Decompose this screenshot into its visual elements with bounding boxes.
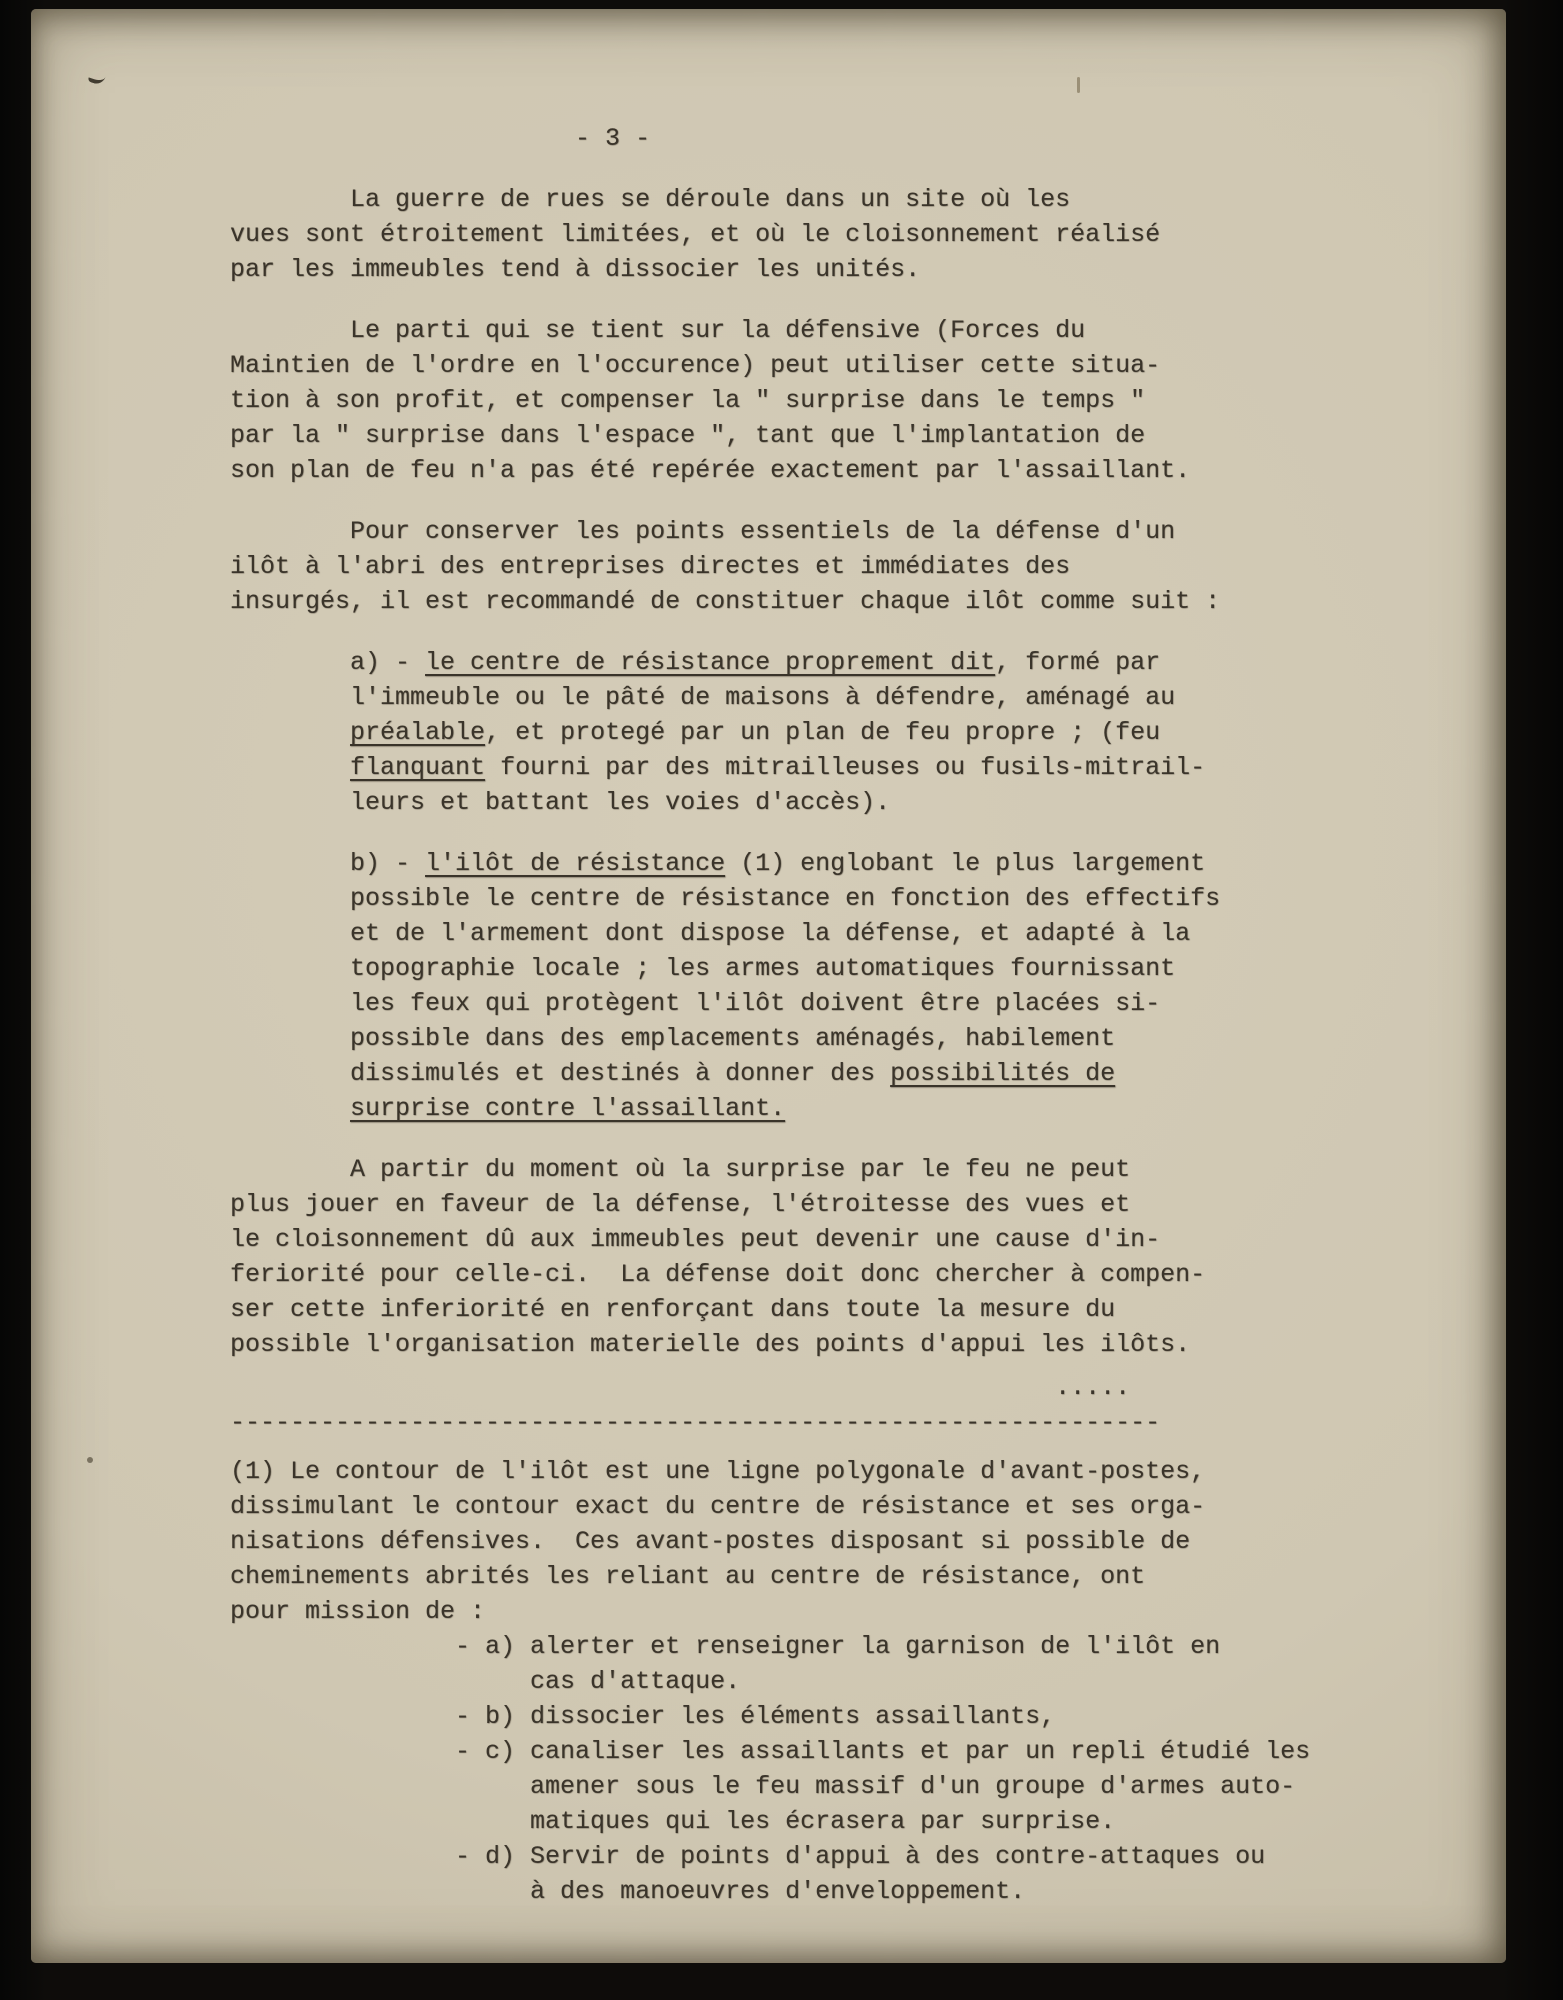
text-line: (1) Le contour de l'ilôt est une ligne p… — [230, 1454, 1506, 1489]
text-segment: à des manoeuvres d'enveloppement. — [230, 1877, 1025, 1906]
text-line: amener sous le feu massif d'un groupe d'… — [230, 1769, 1506, 1804]
text-line: par la " surprise dans l'espace ", tant … — [230, 418, 1506, 453]
text-segment: fourni par des mitrailleuses ou fusils-m… — [485, 753, 1205, 782]
paragraph-3: Pour conserver les points essentiels de … — [230, 514, 1506, 619]
text-segment: (1) englobant le plus largement — [725, 849, 1205, 878]
text-line: ----------------------------------------… — [230, 1405, 1506, 1440]
text-segment: - 3 - — [230, 124, 650, 153]
text-segment: possible dans des emplacements aménagés,… — [230, 1024, 1115, 1053]
scan-background: - 3 - La guerre de rues se déroule dans … — [0, 0, 1563, 2000]
text-segment: son plan de feu n'a pas été repérée exac… — [230, 456, 1190, 485]
underlined-text: possibilités de — [890, 1059, 1115, 1088]
separator-line: ----------------------------------------… — [230, 1405, 1506, 1440]
text-segment: - a) alerter et renseigner la garnison d… — [230, 1632, 1220, 1661]
text-segment: ilôt à l'abri des entreprises directes e… — [230, 552, 1070, 581]
paragraph-4: A partir du moment où la surprise par le… — [230, 1152, 1506, 1362]
text-line: A partir du moment où la surprise par le… — [230, 1152, 1506, 1187]
scanned-page: - 3 - La guerre de rues se déroule dans … — [31, 9, 1506, 1963]
text-segment: les feux qui protègent l'ilôt doivent êt… — [230, 989, 1160, 1018]
text-line: Le parti qui se tient sur la défensive (… — [230, 313, 1506, 348]
text-segment: dissimulés et destinés à donner des — [230, 1059, 890, 1088]
text-segment: vues sont étroitement limitées, et où le… — [230, 220, 1160, 249]
footnote-intro: (1) Le contour de l'ilôt est une ligne p… — [230, 1454, 1506, 1909]
text-segment: cas d'attaque. — [230, 1667, 740, 1696]
text-line: nisations défensives. Ces avant-postes d… — [230, 1524, 1506, 1559]
text-segment: cheminements abrités les reliant au cent… — [230, 1562, 1145, 1591]
text-segment: amener sous le feu massif d'un groupe d'… — [230, 1772, 1295, 1801]
text-line: cheminements abrités les reliant au cent… — [230, 1559, 1506, 1594]
document-body: - 3 - La guerre de rues se déroule dans … — [230, 9, 1506, 1909]
text-segment: Le parti qui se tient sur la défensive (… — [230, 316, 1085, 345]
text-line: dissimulés et destinés à donner des poss… — [230, 1056, 1506, 1091]
text-line: insurgés, il est recommandé de constitue… — [230, 584, 1506, 619]
text-line: leurs et battant les voies d'accès). — [230, 785, 1506, 820]
text-line: b) - l'ilôt de résistance (1) englobant … — [230, 846, 1506, 881]
text-segment: pour mission de : — [230, 1597, 485, 1626]
text-segment: et de l'armement dont dispose la défense… — [230, 919, 1190, 948]
text-segment: Maintien de l'ordre en l'occurence) peut… — [230, 351, 1160, 380]
text-segment: l'immeuble ou le pâté de maisons à défen… — [230, 683, 1175, 712]
text-line: tion à son profit, et compenser la " sur… — [230, 383, 1506, 418]
text-segment: - d) Servir de points d'appui à des cont… — [230, 1842, 1265, 1871]
text-line: vues sont étroitement limitées, et où le… — [230, 217, 1506, 252]
text-segment: possible l'organisation materielle des p… — [230, 1330, 1190, 1359]
text-segment: (1) Le contour de l'ilôt est une ligne p… — [230, 1457, 1205, 1486]
text-segment: insurgés, il est recommandé de constitue… — [230, 587, 1220, 616]
text-line: le cloisonnement dû aux immeubles peut d… — [230, 1222, 1506, 1257]
text-segment: nisations défensives. Ces avant-postes d… — [230, 1527, 1190, 1556]
text-line: pour mission de : — [230, 1594, 1506, 1629]
underlined-text: l'ilôt de résistance — [425, 849, 725, 878]
text-line: par les immeubles tend à dissocier les u… — [230, 252, 1506, 287]
text-segment: leurs et battant les voies d'accès). — [230, 788, 890, 817]
text-line: feriorité pour celle-ci. La défense doit… — [230, 1257, 1506, 1292]
text-line: - c) canaliser les assaillants et par un… — [230, 1734, 1506, 1769]
text-segment: , et protegé par un plan de feu propre ;… — [485, 718, 1160, 747]
text-line: cas d'attaque. — [230, 1664, 1506, 1699]
item-a: a) - le centre de résistance proprement … — [230, 645, 1506, 820]
text-line: ..... — [230, 1370, 1506, 1405]
text-line: possible dans des emplacements aménagés,… — [230, 1021, 1506, 1056]
text-line: et de l'armement dont dispose la défense… — [230, 916, 1506, 951]
underlined-text: préalable — [350, 718, 485, 747]
text-segment: par la " surprise dans l'espace ", tant … — [230, 421, 1145, 450]
text-line: ser cette inferiorité en renforçant dans… — [230, 1292, 1506, 1327]
text-segment — [230, 718, 350, 747]
text-line: La guerre de rues se déroule dans un sit… — [230, 182, 1506, 217]
text-line: - b) dissocier les éléments assaillants, — [230, 1699, 1506, 1734]
item-b: b) - l'ilôt de résistance (1) englobant … — [230, 846, 1506, 1126]
text-line: topographie locale ; les armes automatiq… — [230, 951, 1506, 986]
text-segment: tion à son profit, et compenser la " sur… — [230, 386, 1145, 415]
text-segment: A partir du moment où la surprise par le… — [230, 1155, 1130, 1184]
text-segment: ..... — [230, 1373, 1130, 1402]
text-segment: ser cette inferiorité en renforçant dans… — [230, 1295, 1115, 1324]
underlined-text: le centre de résistance proprement dit — [425, 648, 995, 677]
text-line: à des manoeuvres d'enveloppement. — [230, 1874, 1506, 1909]
text-segment: Pour conserver les points essentiels de … — [230, 517, 1175, 546]
text-line: surprise contre l'assaillant. — [230, 1091, 1506, 1126]
page-number: - 3 - — [230, 121, 1506, 156]
text-line: les feux qui protègent l'ilôt doivent êt… — [230, 986, 1506, 1021]
text-line: a) - le centre de résistance proprement … — [230, 645, 1506, 680]
paragraph-1: La guerre de rues se déroule dans un sit… — [230, 182, 1506, 287]
pen-smudge-mark — [87, 69, 106, 86]
text-segment: - c) canaliser les assaillants et par un… — [230, 1737, 1310, 1766]
text-segment: plus jouer en faveur de la défense, l'ét… — [230, 1190, 1130, 1219]
text-segment: a) - — [230, 648, 425, 677]
text-segment: par les immeubles tend à dissocier les u… — [230, 255, 920, 284]
text-line: flanquant fourni par des mitrailleuses o… — [230, 750, 1506, 785]
text-line: possible l'organisation materielle des p… — [230, 1327, 1506, 1362]
text-line: Maintien de l'ordre en l'occurence) peut… — [230, 348, 1506, 383]
text-line: possible le centre de résistance en fonc… — [230, 881, 1506, 916]
text-line: Pour conserver les points essentiels de … — [230, 514, 1506, 549]
text-segment: le cloisonnement dû aux immeubles peut d… — [230, 1225, 1160, 1254]
text-line: préalable, et protegé par un plan de feu… — [230, 715, 1506, 750]
underlined-text: surprise contre l'assaillant. — [350, 1094, 785, 1123]
text-segment: b) - — [230, 849, 425, 878]
text-segment: dissimulant le contour exact du centre d… — [230, 1492, 1205, 1521]
text-line: son plan de feu n'a pas été repérée exac… — [230, 453, 1506, 488]
underlined-text: flanquant — [350, 753, 485, 782]
text-segment — [230, 753, 350, 782]
text-segment: ----------------------------------------… — [230, 1408, 1160, 1437]
text-segment: La guerre de rues se déroule dans un sit… — [230, 185, 1070, 214]
text-segment: feriorité pour celle-ci. La défense doit… — [230, 1260, 1205, 1289]
text-line: - 3 - — [230, 121, 1506, 156]
text-line: - a) alerter et renseigner la garnison d… — [230, 1629, 1506, 1664]
paragraph-2: Le parti qui se tient sur la défensive (… — [230, 313, 1506, 488]
text-segment: matiques qui les écrasera par surprise. — [230, 1807, 1115, 1836]
text-segment — [230, 1094, 350, 1123]
dots-line: ..... — [230, 1370, 1506, 1405]
text-segment: possible le centre de résistance en fonc… — [230, 884, 1220, 913]
text-segment: , formé par — [995, 648, 1160, 677]
text-line: plus jouer en faveur de la défense, l'ét… — [230, 1187, 1506, 1222]
text-line: ilôt à l'abri des entreprises directes e… — [230, 549, 1506, 584]
text-line: l'immeuble ou le pâté de maisons à défen… — [230, 680, 1506, 715]
text-line: - d) Servir de points d'appui à des cont… — [230, 1839, 1506, 1874]
ink-speck — [87, 1457, 93, 1463]
text-segment: - b) dissocier les éléments assaillants, — [230, 1702, 1055, 1731]
text-line: dissimulant le contour exact du centre d… — [230, 1489, 1506, 1524]
text-line: matiques qui les écrasera par surprise. — [230, 1804, 1506, 1839]
text-segment: topographie locale ; les armes automatiq… — [230, 954, 1175, 983]
